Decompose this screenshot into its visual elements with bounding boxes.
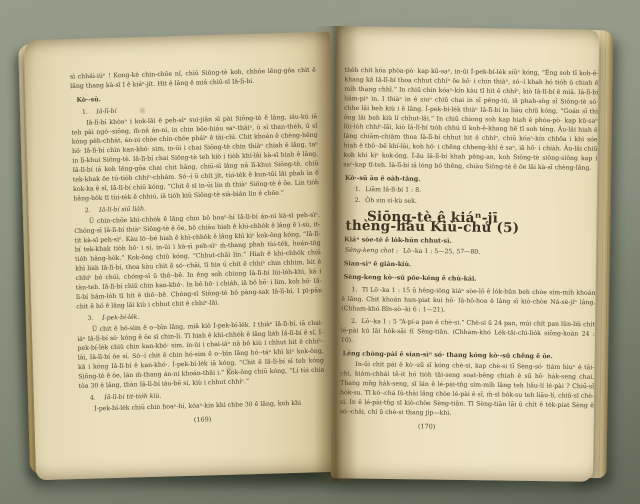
story-3-number: 3. bbox=[88, 314, 94, 322]
scripture-label: Sèng-keng chat : bbox=[345, 246, 398, 254]
book-page-right: the̍h chit kóa phòa-pò· kap kū-saⁿ, in-ū… bbox=[331, 26, 599, 482]
background-notes-header: Sèng-keng kò·-sū pōe-kéng ê chù-kái. bbox=[344, 272, 596, 285]
scripture-reference-line: Sèng-keng chat :Lō·-ka 1 : 5—25, 57—80. bbox=[345, 246, 596, 259]
activity-1-number: 1. bbox=[355, 185, 361, 193]
scripture-ref: Lō·-ka 1 : 5—25, 57—80. bbox=[403, 247, 480, 256]
book-page-left: sì chhái-iúⁿ ! Kong-kè chin-chōe nî, chi… bbox=[24, 32, 342, 480]
note-2-text: Lō·-ka 1 : 5 “A-pí-a pan ê chè-si.” Chè-… bbox=[341, 317, 595, 343]
activity-1-text: Liām Iâ-lī-bí 1 : 8. bbox=[365, 185, 421, 193]
note-1: 1.Tī Lō·-ka 1 : 15 ū hêng-iông kiáⁿ sòe-… bbox=[341, 285, 595, 317]
page-number-left: (169) bbox=[80, 412, 326, 428]
carryover-paragraph: sì chhái-iúⁿ ! Kong-kè chin-chōe nî, chi… bbox=[70, 65, 316, 91]
story-4-title: Iâ-lī-bí tit-tio̍h kiù. bbox=[104, 392, 161, 401]
activity-2: 2.O̍h sin sì-kù sek. bbox=[343, 195, 597, 208]
preface-body: In-ūi chit pái ê kò·-sū sī kóng chè-si, … bbox=[340, 360, 595, 420]
story-2-title: Iâ-lī-bí siū lia̍h. bbox=[99, 204, 146, 213]
book-photo-scene: sì chhái-iúⁿ ! Kong-kè chin-chōe nî, chi… bbox=[0, 0, 640, 504]
story-1-number: 1. bbox=[82, 107, 88, 115]
story-4-number: 4. bbox=[90, 393, 96, 401]
page-number-right: (170) bbox=[340, 421, 594, 434]
note-1-number: 1. bbox=[351, 285, 357, 293]
story-1-title: Iâ-lī-bí bbox=[96, 107, 116, 115]
lesson-title: Siōng-tè ê kiáⁿ-jī thèng-hāu Kiù-chú (5) bbox=[342, 212, 522, 233]
note-1-text: Tī Lō·-ka 1 : 15 ū hêng-iông kiáⁿ sòe-lō… bbox=[341, 286, 595, 314]
story-3-title: Í-pek-bí-le̍k. bbox=[102, 313, 140, 322]
story-2-number: 2. bbox=[85, 206, 91, 214]
note-2-number: 2. bbox=[351, 317, 357, 325]
story-1-body: Iâ-lī-bí khòaⁿ i kok-lāi ê peh-sìⁿ sui-j… bbox=[71, 112, 319, 204]
continued-story-body: the̍h chit kóa phòa-pò· kap kū-saⁿ, in-ū… bbox=[343, 65, 598, 173]
left-page-text-block: sì chhái-iúⁿ ! Kong-kè chin-chōe nî, chi… bbox=[70, 65, 326, 428]
story-3-body: Ū chi̍t ê hó-sim ê o·-bīn lâng, miâ kiò … bbox=[77, 318, 325, 391]
note-2: 2.Lō·-ka 1 : 5 “A-pí-a pan ê chè-si.” Ch… bbox=[341, 316, 595, 348]
activity-2-text: O̍h sin sì-kù sek. bbox=[365, 196, 417, 204]
right-page-text-block: the̍h chit kóa phòa-pò· kap kū-saⁿ, in-ū… bbox=[340, 65, 599, 434]
story-2-body: Ū chin-chōe khì-chho̍k ê lâng chin bô ho… bbox=[74, 210, 323, 311]
activity-2-number: 2. bbox=[355, 196, 361, 204]
teacher-study-header: Sian-sìⁿ ê gián-kiù. bbox=[344, 259, 596, 272]
